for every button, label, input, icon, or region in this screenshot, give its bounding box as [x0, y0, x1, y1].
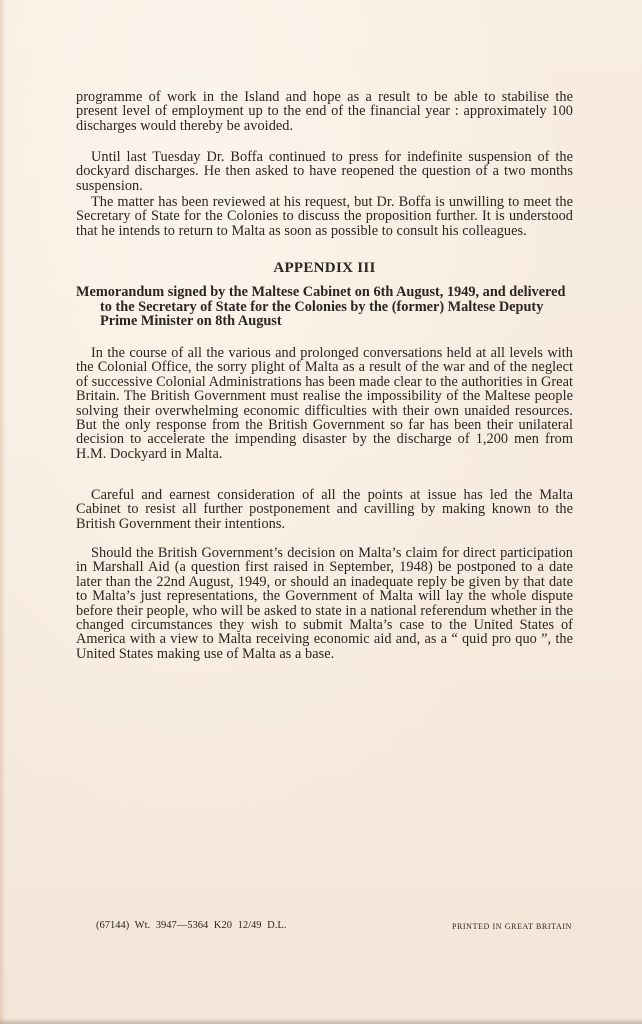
paragraph-careful-consideration: Careful and earnest consideration of all…: [76, 488, 573, 531]
paragraph-conversations: In the course of all the various and pro…: [76, 346, 573, 461]
paragraph-marshall-aid: Should the British Government’s decision…: [76, 546, 573, 661]
printed-in-label: PRINTED IN GREAT BRITAIN: [452, 922, 572, 931]
paragraph-matter-reviewed: The matter has been reviewed at his requ…: [76, 195, 573, 238]
appendix-heading: APPENDIX III: [76, 260, 573, 277]
print-code: (67144) Wt. 3947—5364 K20 12/49 D.L.: [96, 920, 286, 931]
page-edge-bottom: [0, 1018, 642, 1024]
paragraph-boffa-suspension: Until last Tuesday Dr. Boffa continued t…: [76, 150, 573, 193]
page-edge-left: [0, 0, 6, 1024]
memorandum-heading: Memorandum signed by the Maltese Cabinet…: [76, 285, 573, 329]
paragraph-continued: programme of work in the Island and hope…: [76, 90, 573, 133]
document-page: programme of work in the Island and hope…: [0, 0, 642, 1024]
